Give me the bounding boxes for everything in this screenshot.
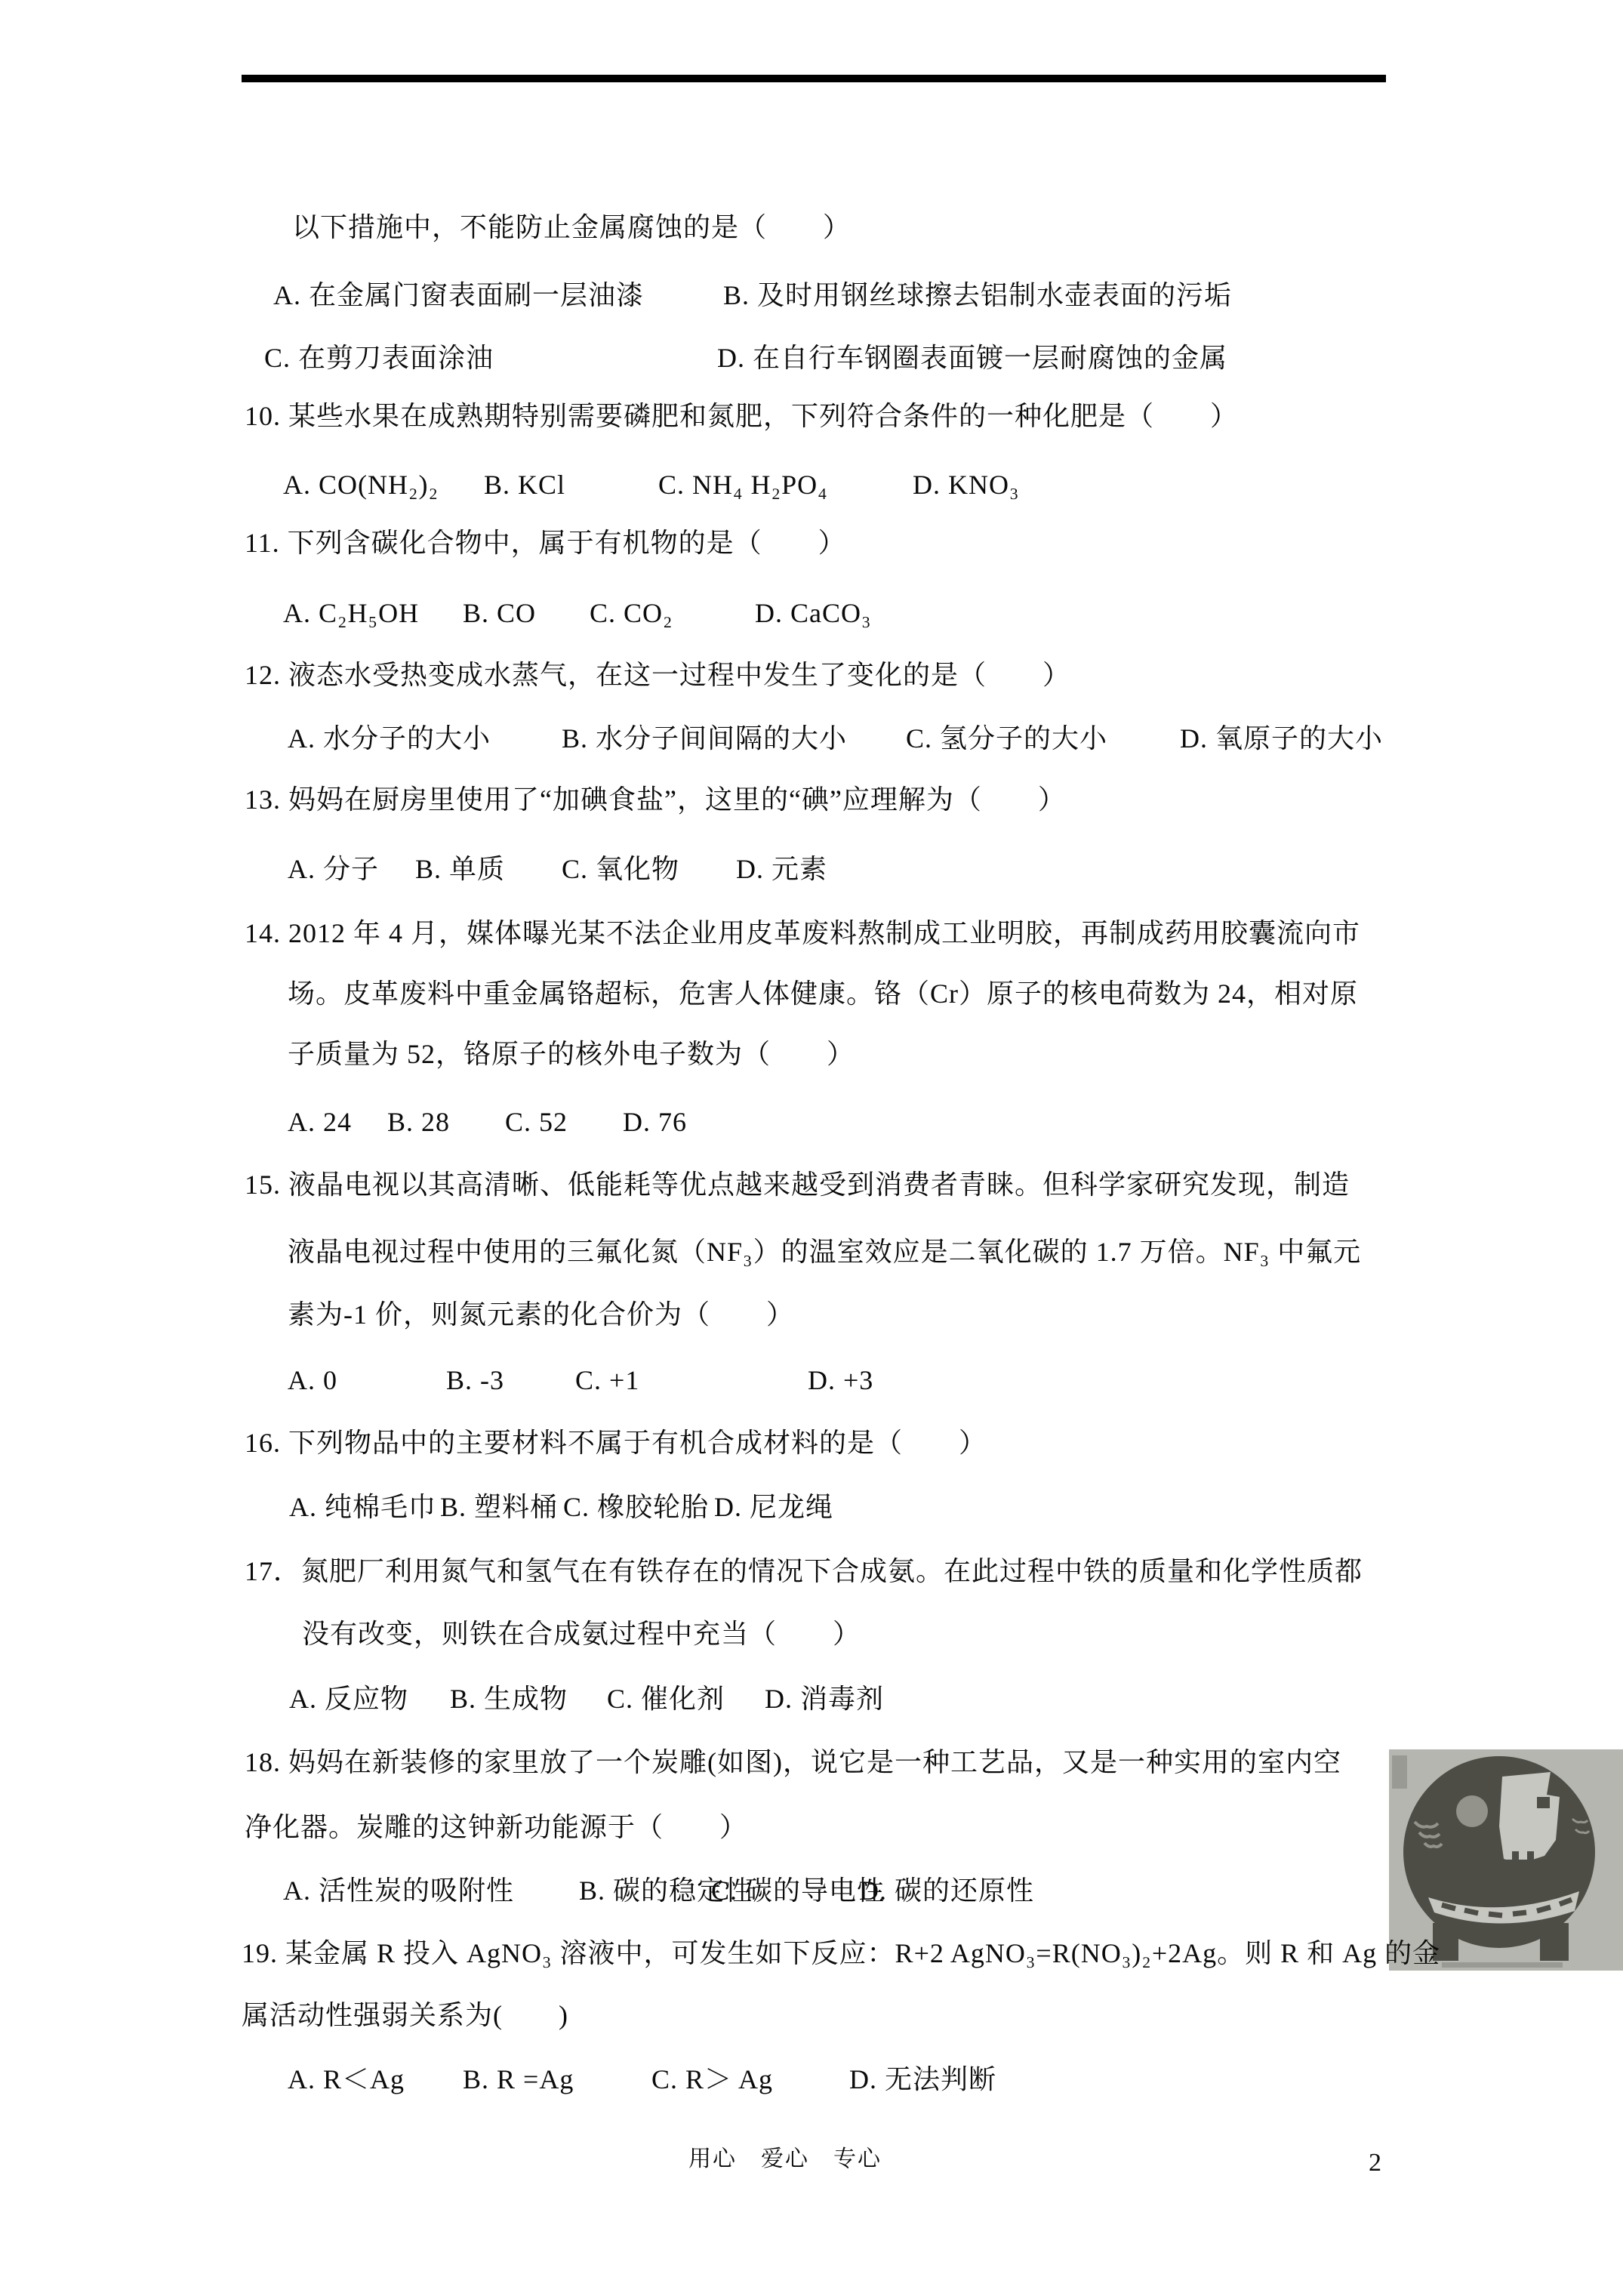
- question-10-option-b: B. KCl: [484, 468, 565, 501]
- question-19-option-d: D. 无法判断: [849, 2063, 996, 2096]
- question-11-option-c: C. CO₂: [590, 596, 673, 630]
- question-11-option-a: A. C₂H₅OH: [283, 596, 419, 630]
- question-15-line-2: 液晶电视过程中使用的三氟化氮（NF₃）的温室效应是二氧化碳的 1.7 万倍。NF…: [288, 1235, 1361, 1268]
- question-11-stem: 11. 下列含碳化合物中，属于有机物的是（ ）: [245, 526, 846, 559]
- question-11-option-d: D. CaCO₃: [755, 596, 872, 630]
- question-11-option-b: B. CO: [463, 596, 536, 630]
- sculpture-base-shadow: [1442, 1962, 1563, 1968]
- question-18-option-d: D. 碳的还原性: [859, 1874, 1034, 1907]
- question-16-stem: 16. 下列物品中的主要材料不属于有机合成材料的是（ ）: [245, 1426, 987, 1459]
- question-9-option-d: D. 在自行车钢圈表面镀一层耐腐蚀的金属: [717, 341, 1227, 374]
- question-17-option-a: A. 反应物: [289, 1682, 408, 1715]
- question-18-line-1: 18. 妈妈在新装修的家里放了一个炭雕(如图)，说它是一种工艺品，又是一种实用的…: [245, 1746, 1341, 1779]
- page-number: 2: [1369, 2149, 1381, 2177]
- question-17-option-b: B. 生成物: [450, 1682, 568, 1715]
- question-13-option-d: D. 元素: [736, 852, 827, 886]
- question-15-line-1: 15. 液晶电视以其高清晰、低能耗等优点越来越受到消费者青睐。但科学家研究发现，…: [245, 1168, 1350, 1201]
- question-16-option-a: A. 纯棉毛巾: [289, 1490, 436, 1524]
- question-14-line-1: 14. 2012 年 4 月，媒体曝光某不法企业用皮革废料熬制成工业明胶，再制成…: [245, 917, 1360, 950]
- question-14-option-c: C. 52: [505, 1105, 568, 1139]
- question-10-option-a: A. CO(NH₂)₂: [283, 468, 439, 501]
- question-13-option-c: C. 氧化物: [562, 852, 679, 886]
- question-18-line-2: 净化器。炭雕的这钟新功能源于（ ）: [245, 1811, 747, 1844]
- question-12-stem: 12. 液态水受热变成水蒸气，在这一过程中发生了变化的是（ ）: [245, 658, 1070, 692]
- question-15-line-3: 素为-1 价，则氮元素的化合价为（ ）: [288, 1298, 794, 1331]
- question-10-option-d: D. KNO₃: [913, 468, 1020, 501]
- question-15-option-b: B. -3: [446, 1364, 504, 1397]
- question-17-line-2: 没有改变，则铁在合成氨过程中充当（ ）: [302, 1617, 861, 1650]
- question-19-option-b: B. R =Ag: [463, 2063, 574, 2096]
- question-14-option-b: B. 28: [387, 1105, 450, 1139]
- question-17-line-1: 17．氮肥厂利用氮气和氢气在有铁存在的情况下合成氨。在此过程中铁的质量和化学性质…: [245, 1555, 1363, 1588]
- question-12-option-a: A. 水分子的大小: [288, 722, 491, 755]
- question-13-option-a: A. 分子: [288, 852, 379, 886]
- page-footer-motto: 用心 爱心 专心: [688, 2146, 882, 2173]
- question-14-option-a: A. 24: [288, 1105, 352, 1139]
- question-14-line-3: 子质量为 52，铬原子的核外电子数为（ ）: [288, 1037, 855, 1071]
- photo-scan-artifact: [1392, 1755, 1407, 1789]
- question-14-line-2: 场。皮革废料中重金属铬超标，危害人体健康。铬（Cr）原子的核电荷数为 24，相对…: [288, 977, 1358, 1010]
- question-19-option-c: C. R＞ Ag: [651, 2063, 773, 2096]
- question-10-stem: 10. 某些水果在成熟期特别需要磷肥和氮肥，下列符合条件的一种化肥是（ ）: [245, 399, 1238, 433]
- question-17-option-c: C. 催化剂: [607, 1682, 725, 1715]
- question-16-option-d: D. 尼龙绳: [714, 1490, 833, 1524]
- question-13-stem: 13. 妈妈在厨房里使用了“加碘食盐”，这里的“碘”应理解为（ ）: [245, 783, 1066, 816]
- question-19-line-2: 属活动性强弱关系为( ): [242, 1999, 568, 2032]
- moon-cutout: [1456, 1795, 1488, 1827]
- question-9-option-c: C. 在剪刀表面涂油: [264, 341, 494, 374]
- question-19-line-1: 19. 某金属 R 投入 AgNO₃ 溶液中，可发生如下反应：R+2 AgNO₃…: [242, 1937, 1440, 1970]
- question-9-option-a: A. 在金属门窗表面刷一层油漆: [273, 279, 644, 312]
- question-16-option-b: B. 塑料桶: [440, 1490, 558, 1524]
- question-14-option-d: D. 76: [623, 1105, 687, 1139]
- question-13-option-b: B. 单质: [415, 852, 505, 886]
- question-12-option-c: C. 氢分子的大小: [906, 722, 1107, 755]
- question-19-option-a: A. R＜Ag: [288, 2063, 405, 2096]
- question-15-option-d: D. +3: [808, 1364, 873, 1397]
- question-15-option-a: A. 0: [288, 1364, 337, 1397]
- question-12-option-d: D. 氧原子的大小: [1180, 722, 1383, 755]
- question-9-option-b: B. 及时用钢丝球擦去铝制水壶表面的污垢: [723, 279, 1232, 312]
- sail-notch: [1537, 1797, 1550, 1808]
- question-17-option-d: D. 消毒剂: [765, 1682, 884, 1715]
- question-10-option-c: C. NH₄ H₂PO₄: [658, 468, 828, 501]
- question-16-option-c: C. 橡胶轮胎: [563, 1490, 709, 1524]
- question-12-option-b: B. 水分子间间隔的大小: [562, 722, 847, 755]
- top-rule: [242, 75, 1386, 82]
- exam-page-scan: 以下措施中，不能防止金属腐蚀的是（ ） A. 在金属门窗表面刷一层油漆 B. 及…: [0, 0, 1623, 2296]
- question-9-stem: 以下措施中，不能防止金属腐蚀的是（ ）: [292, 211, 851, 244]
- question-18-option-a: A. 活性炭的吸附性: [283, 1874, 514, 1907]
- question-15-option-c: C. +1: [575, 1364, 639, 1397]
